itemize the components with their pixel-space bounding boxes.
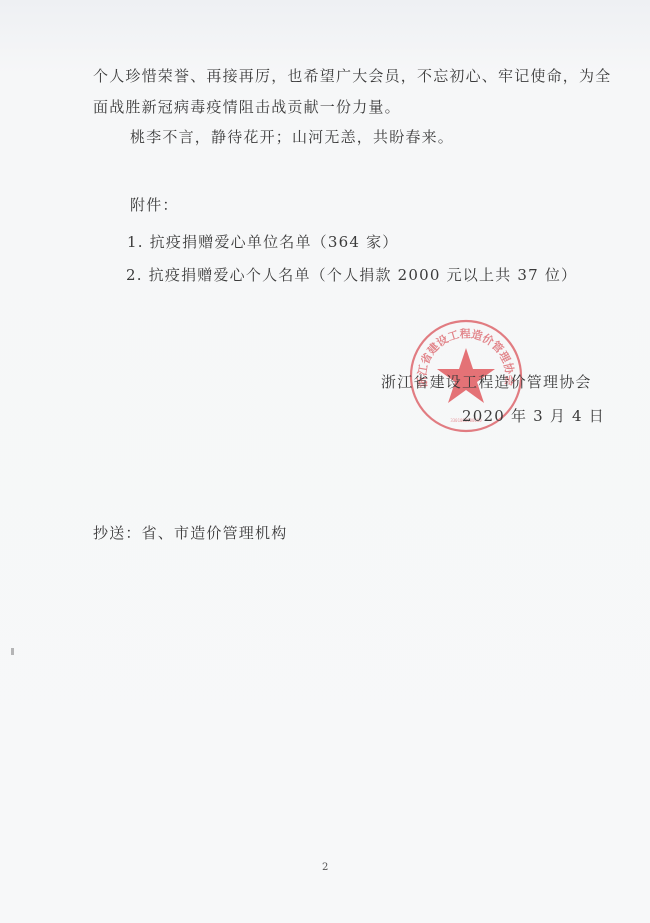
signing-date: 2020 年 3 月 4 日: [462, 406, 605, 426]
cc-line: 抄送：省、市造价管理机构: [93, 523, 287, 543]
paragraph-line: 个人珍惜荣誉、再接再厉，也希望广大会员，不忘初心、牢记使命，为全: [93, 66, 611, 86]
attachments-heading: 附件：: [130, 195, 179, 215]
scan-mark: [11, 648, 14, 655]
attachment-item: 2. 抗疫捐赠爱心个人名单（个人捐款 2000 元以上共 37 位）: [126, 265, 577, 285]
paragraph-line: 面战胜新冠病毒疫情阻击战贡献一份力量。: [93, 97, 401, 117]
closing-paragraph: 桃李不言，静待花开；山河无恙，共盼春来。: [130, 127, 454, 147]
document-page: 个人珍惜荣誉、再接再厉，也希望广大会员，不忘初心、牢记使命，为全 面战胜新冠病毒…: [0, 0, 650, 923]
signing-organization: 浙江省建设工程造价管理协会: [381, 372, 592, 392]
page-number: 2: [322, 862, 328, 873]
attachment-item: 1. 抗疫捐赠爱心单位名单（364 家）: [127, 232, 398, 252]
